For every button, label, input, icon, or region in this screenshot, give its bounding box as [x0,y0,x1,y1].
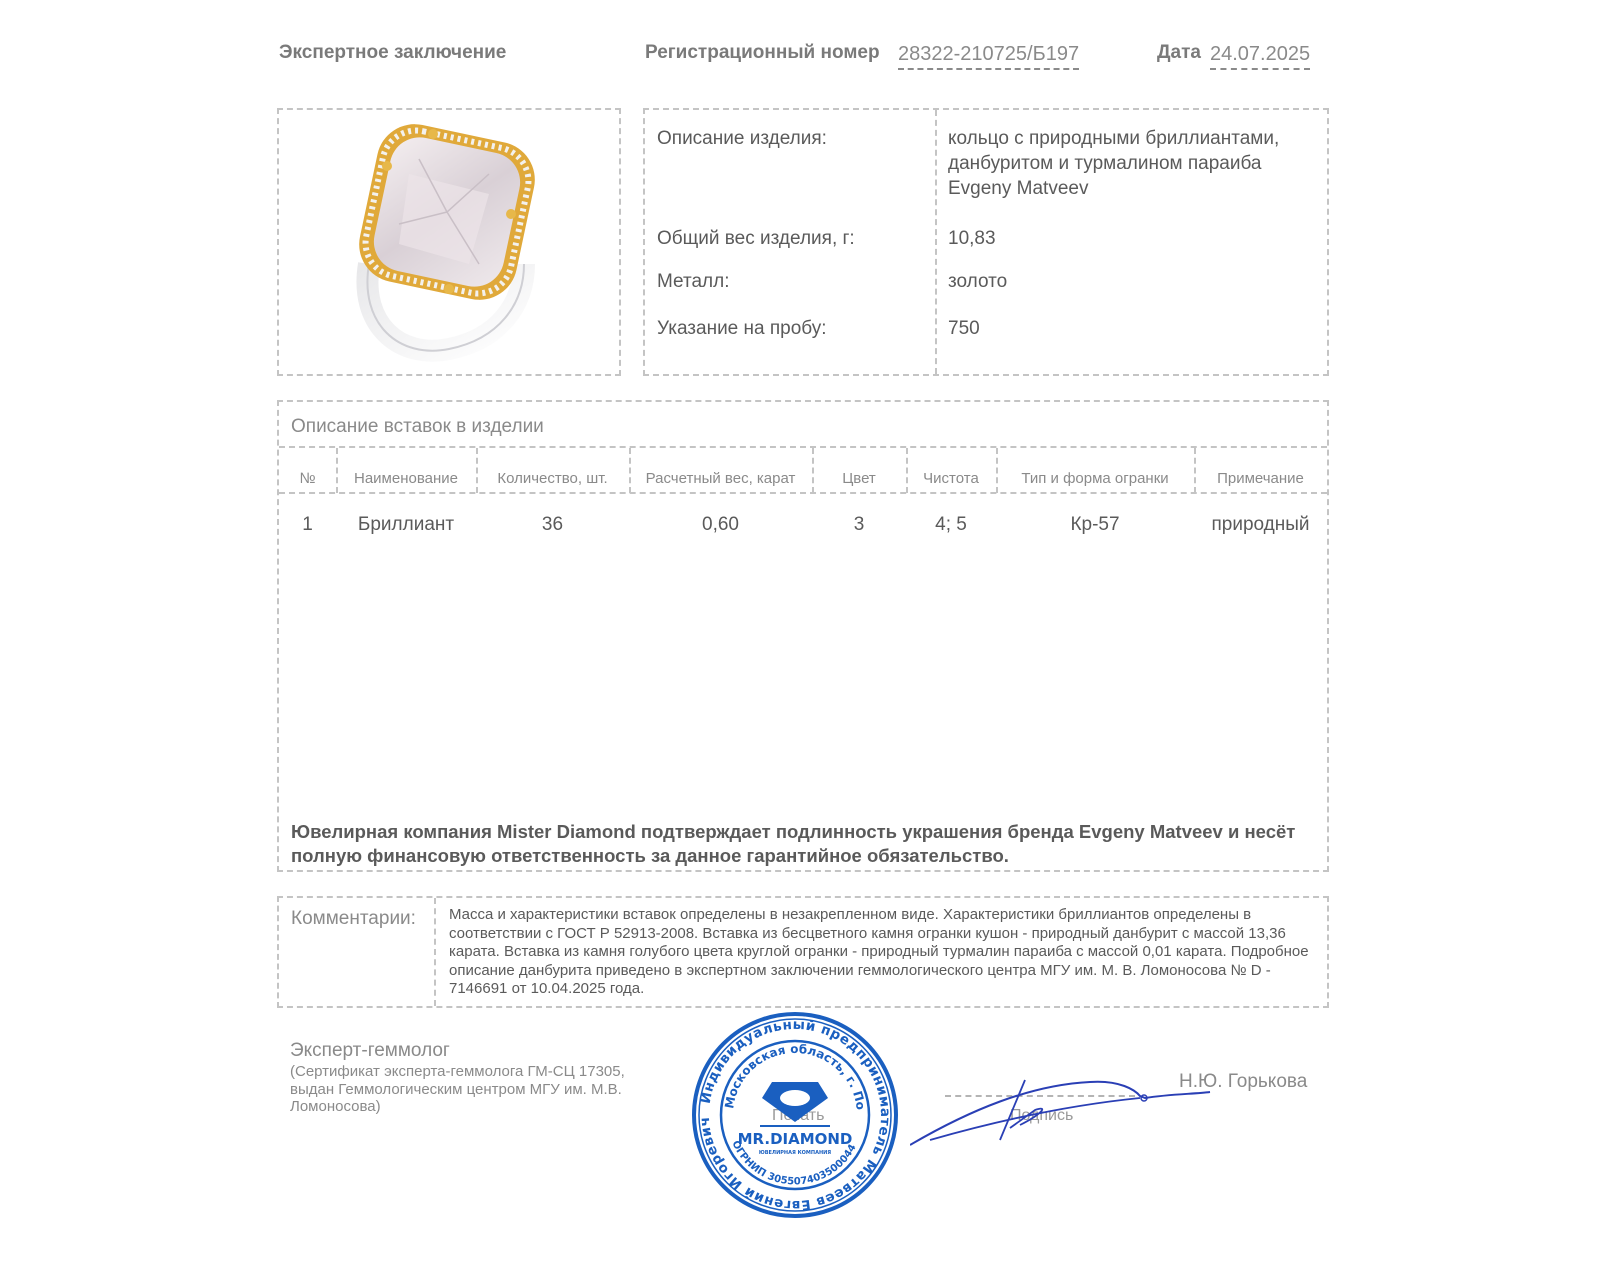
comments-text: Масса и характеристики вставок определен… [449,906,1329,999]
column-header-weight: Расчетный вес, карат [629,470,812,487]
document-title: Экспертное заключение [279,42,506,64]
cell-color: 3 [812,514,906,536]
column-header-quantity: Количество, шт. [476,470,629,487]
company-stamp-icon: Индивидуальный предприниматель Матвеев Е… [690,1010,900,1220]
description-label: Описание изделия: [657,128,827,150]
inserts-section: Описание вставок в изделии № Наименовани… [277,400,1329,872]
table-header-border [279,492,1327,494]
cell-cut: Кр-57 [996,514,1194,536]
signature-icon [910,1070,1230,1150]
column-divider [434,898,436,1006]
table-top-border [279,446,1327,448]
metal-label: Металл: [657,271,729,293]
inserts-title: Описание вставок в изделии [291,416,544,438]
stamp-brand: MR.DIAMOND [738,1130,853,1148]
cell-weight: 0,60 [629,514,812,536]
guarantee-statement: Ювелирная компания Mister Diamond подтве… [291,820,1321,868]
description-value: кольцо с природными бриллиантами, данбур… [948,126,1328,201]
comments-label: Комментарии: [291,908,416,930]
column-divider [935,110,937,374]
date-label: Дата [1157,42,1201,64]
column-header-clarity: Чистота [906,470,996,487]
metal-value: золото [948,269,1328,294]
weight-value: 10,83 [948,226,1328,251]
column-header-name: Наименование [336,470,476,487]
product-info-table: Описание изделия: кольцо с природными бр… [643,108,1329,376]
cell-note: природный [1194,514,1327,536]
column-header-color: Цвет [812,470,906,487]
registration-label: Регистрационный номер [645,42,880,64]
cell-number: 1 [279,514,336,536]
hallmark-label: Указание на пробу: [657,318,827,340]
ring-photo-icon [339,114,559,369]
product-photo-frame [277,108,621,376]
expert-certificate: (Сертификат эксперта-геммолога ГМ-СЦ 173… [290,1063,670,1116]
column-header-cut: Тип и форма огранки [996,470,1194,487]
weight-label: Общий вес изделия, г: [657,228,855,250]
cell-name: Бриллиант [336,514,476,536]
registration-number: 28322-210725/Б197 [898,42,1079,70]
expert-title: Эксперт-геммолог [290,1040,450,1062]
cell-clarity: 4; 5 [906,514,996,536]
cell-quantity: 36 [476,514,629,536]
date-value: 24.07.2025 [1210,42,1310,70]
column-header-number: № [279,470,336,487]
hallmark-value: 750 [948,316,1328,341]
stamp-brand-subtitle: ЮВЕЛИРНАЯ КОМПАНИЯ [759,1150,831,1156]
column-header-note: Примечание [1194,470,1327,487]
comments-section: Комментарии: Масса и характеристики вста… [277,896,1329,1008]
